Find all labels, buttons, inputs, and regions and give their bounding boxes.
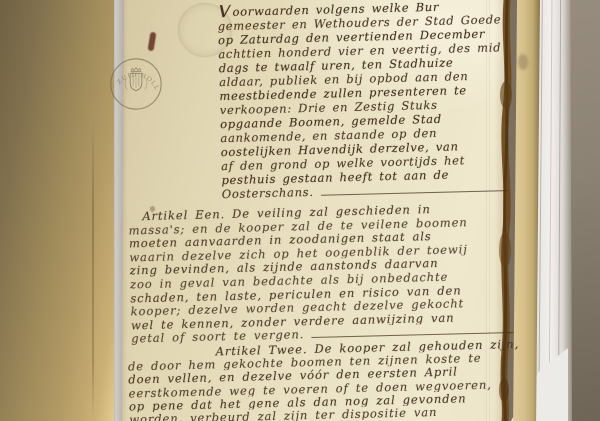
handwritten-text: Oosterschans. bbox=[222, 185, 314, 201]
article-one-paragraph: Artikel Een. De veiling zal geschieden i… bbox=[128, 200, 517, 345]
article-two-paragraph: Artikel Twee. De kooper zal gehouden zij… bbox=[128, 337, 522, 421]
opening-paragraph: Voorwaarden volgens welke Burgemeester e… bbox=[217, 0, 512, 201]
photo-scene: ZUID HOLLAND Voorwaarden volgens welke B… bbox=[0, 0, 600, 421]
handwriting-layer: Voorwaarden volgens welke Burgemeester e… bbox=[0, 0, 600, 421]
handwritten-text: verkoopen: bbox=[220, 101, 299, 117]
handwritten-text: V bbox=[217, 6, 232, 14]
